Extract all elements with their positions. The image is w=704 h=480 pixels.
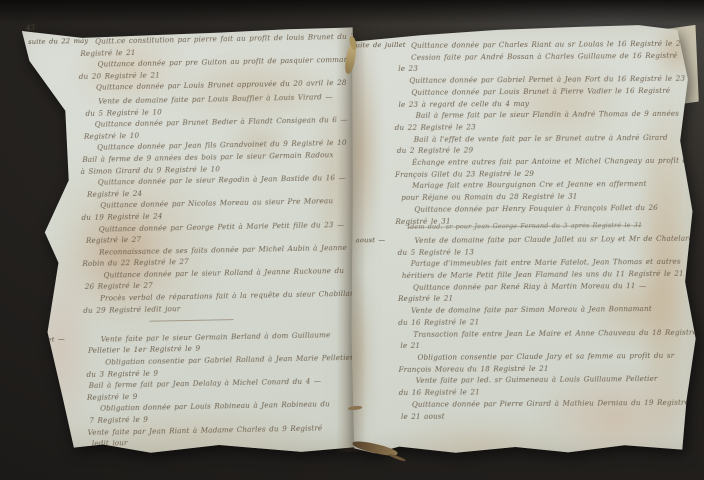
manuscript-line: Idem dud. sr pour Jean George Fernand du… <box>397 220 669 234</box>
spine-fold-shadow <box>336 28 366 452</box>
right-page: Quittance donnée par Charles Riant au sr… <box>350 22 702 462</box>
left-page: Quitt.ce constitution par pierre fait au… <box>14 24 356 458</box>
margin-month-label: Juin <box>31 96 81 109</box>
paper-stain <box>385 417 575 467</box>
margin-month-label: suite du 22 may <box>28 36 78 49</box>
manuscript-line: le 21 aoust <box>401 408 673 422</box>
right-page-paper: Quittance donnée par Charles Riant au sr… <box>350 22 702 462</box>
manuscript-photo-scene: 43 Quitt.ce constitution par pierre fait… <box>0 0 704 480</box>
right-page-text: Quittance donnée par Charles Riant au sr… <box>396 38 671 422</box>
left-page-text: Quitt.ce constitution par pierre fait au… <box>80 31 350 450</box>
left-page-paper: Quitt.ce constitution par pierre fait au… <box>14 24 356 458</box>
margin-month-label: juillet — <box>34 334 84 347</box>
